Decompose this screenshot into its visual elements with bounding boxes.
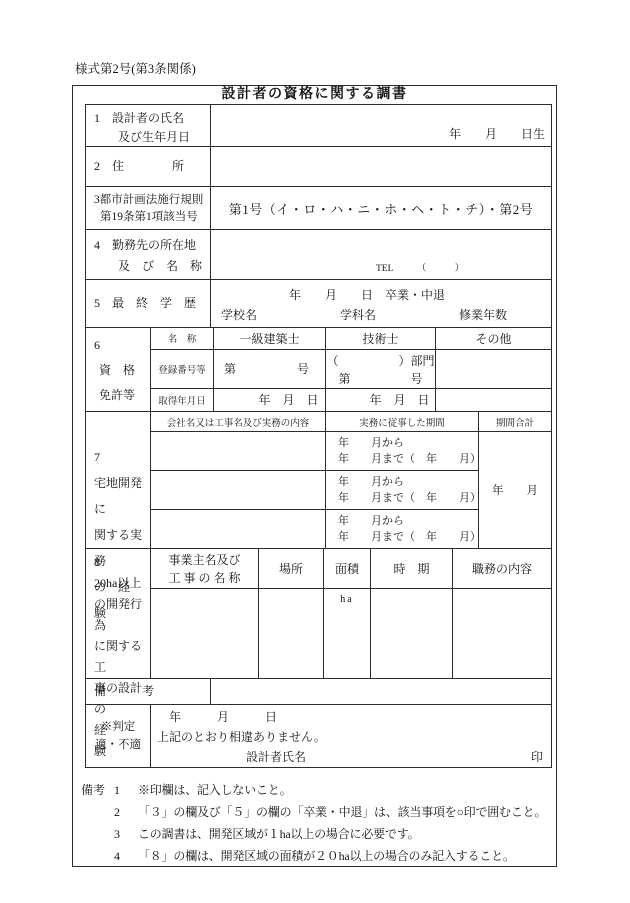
- registration-number-row: 登録番号等 第 号 （ ）部門 第 号: [151, 350, 551, 389]
- footnote-label: 備考: [81, 779, 114, 801]
- architect-date-template: 年 月 日: [214, 389, 326, 411]
- row4-label: 4 勤務先の所在地 及 び 名 称: [86, 230, 211, 279]
- company-field-3: [151, 510, 325, 548]
- footnote-text: 「８」の欄は、開発区域の面積が２０ha以上の場合のみ記入すること。: [138, 845, 553, 867]
- footnote-label-spacer: [81, 823, 114, 845]
- experience-period-row: 年 月から 年 月まで（ 年 月）: [326, 510, 478, 548]
- row1-label: 1 設計者の氏名 及び生年月日: [86, 105, 211, 146]
- row6-label-line1: 資 格: [94, 358, 150, 383]
- row7-label-line1: 宅地開発に: [94, 470, 150, 522]
- applicable-item-value: 第1号（イ・ロ・ハ・ニ・ホ・ヘ・ト・チ）・第2号: [211, 187, 551, 229]
- footnote-number: 3: [114, 823, 138, 845]
- tel-template: TEL （ ）: [376, 260, 464, 274]
- reg-prefix: 第: [224, 360, 236, 377]
- sub-label-registration: 登録番号等: [151, 350, 214, 388]
- acquisition-date-row: 取得年月日 年 月 日 年 月 日: [151, 389, 551, 411]
- form-number: 様式第2号(第3条関係): [75, 59, 196, 77]
- sub-label-name: 名 称: [151, 328, 214, 349]
- col-other: その他: [436, 328, 551, 349]
- row4-label-line2: 及 び 名 称: [94, 256, 210, 277]
- row-judgment: ※判定 適・不適 年 月 日 上記のとおり相違ありません。 設計者氏名 印: [86, 705, 551, 767]
- row-applicable-item: 3都市計画法施行規則 第19条第1項該当号 第1号（イ・ロ・ハ・ニ・ホ・ヘ・ト・…: [86, 187, 551, 230]
- hectare-unit: ha: [340, 594, 353, 605]
- footnote-number: 4: [114, 845, 138, 867]
- row6-number: 6: [94, 333, 150, 358]
- footnote-text: ※印欄は、記入しないこと。: [138, 779, 553, 801]
- footnote-text: 「３」の欄及び「５」の欄の「卒業・中退」は、該当事項を○印で囲むこと。: [138, 801, 553, 823]
- header-owner-line1: 事業主名及び: [168, 551, 240, 569]
- period-to-template: 年 月まで（ 年 月）: [338, 451, 478, 467]
- large-development-grid: 事業主名及び 工 事 の 名 称 場所 面積 時 期 職務の内容 ha: [151, 549, 551, 678]
- form-page: 様式第2号(第3条関係) 設計者の資格に関する調書 1 設計者の氏名 及び生年月…: [0, 0, 630, 903]
- declaration-date-template: 年 月 日: [151, 707, 551, 727]
- row-remarks: 備 考: [86, 679, 551, 705]
- designer-name-field: 年 月 日生: [211, 105, 551, 146]
- engineer-number-template: 第 号: [326, 370, 435, 388]
- row3-label: 3都市計画法施行規則 第19条第1項該当号: [86, 187, 211, 229]
- company-field-2: [151, 471, 325, 510]
- row3-label-line1: 3都市計画法施行規則: [94, 192, 210, 209]
- period-column: 年 月から 年 月まで（ 年 月） 年 月から 年 月まで（ 年 月） 年 月か…: [326, 432, 479, 548]
- school-name-label: 学校名: [221, 305, 257, 325]
- row-workplace: 4 勤務先の所在地 及 び 名 称 TEL （ ）: [86, 230, 551, 280]
- footnote-label-spacer: [81, 801, 114, 823]
- row-qualifications: 6 資 格 免許等 名 称 一級建築士 技術士 その他 登録番号等 第: [86, 328, 551, 412]
- education-field: 年 月 日 卒業・中退 学校名 学科名 修業年数: [211, 280, 551, 327]
- footnote-line: 4 「８」の欄は、開発区域の面積が２０ha以上の場合のみ記入すること。: [81, 845, 553, 867]
- period-from-template: 年 月から: [338, 474, 478, 490]
- company-field-1: [151, 432, 325, 471]
- header-duty-description: 職務の内容: [453, 549, 551, 588]
- header-area: 面積: [324, 549, 371, 588]
- row8-label-line1: 20ha以上: [94, 573, 150, 594]
- period-from-template: 年 月から: [338, 435, 478, 451]
- birth-date-template: 年 月 日生: [449, 125, 545, 142]
- designer-name-label: 設計者氏名: [246, 747, 306, 767]
- footnote-text: この調書は、開発区域が１ha以上の場合に必要です。: [138, 823, 553, 845]
- sub-label-acquisition-date: 取得年月日: [151, 389, 214, 411]
- row6-label-line2: 免許等: [94, 383, 150, 408]
- period-to-template: 年 月まで（ 年 月）: [338, 490, 478, 506]
- header-time-period: 時 期: [371, 549, 453, 588]
- row5-label: 5 最 終 学 歴: [86, 280, 211, 327]
- reg-suffix: 号: [297, 360, 309, 377]
- experience-grid: 会社名又は工事名及び実務の内容 実務に従事した期間 期間合計 年 月から: [151, 412, 551, 548]
- place-field: [259, 589, 324, 678]
- row-large-development-experience: 8 20ha以上 の開発行為 に関する工 事の設計の 経 験 事業主名及び 工 …: [86, 549, 551, 679]
- period-to-template: 年 月まで（ 年 月）: [338, 529, 478, 545]
- large-development-header-row: 事業主名及び 工 事 の 名 称 場所 面積 時 期 職務の内容: [151, 549, 551, 589]
- form-table: 1 設計者の氏名 及び生年月日 年 月 日生 2 住 所 3都市計画法施行規則 …: [85, 104, 552, 768]
- footnote-number: 1: [114, 779, 138, 801]
- row6-label: 6 資 格 免許等: [86, 328, 151, 411]
- row8-label-line2: の開発行為: [94, 594, 150, 636]
- remarks-field: [211, 679, 551, 704]
- graduation-date-template: 年 月 日 卒業・中退: [211, 285, 551, 305]
- other-date-field: [436, 389, 551, 411]
- header-company-name: 会社名又は工事名及び実務の内容: [151, 412, 326, 431]
- engineer-date-template: 年 月 日: [326, 389, 436, 411]
- department-label: 学科名: [340, 305, 376, 325]
- signature-line: 設計者氏名 印: [151, 747, 551, 767]
- header-engagement-period: 実務に従事した期間: [326, 412, 479, 431]
- period-from-template: 年 月から: [338, 513, 478, 529]
- form-frame: 設計者の資格に関する調書 1 設計者の氏名 及び生年月日 年 月 日生 2 住 …: [72, 85, 557, 867]
- row7-label: 7 宅地開発に 関する実務 の 経 験: [86, 412, 151, 548]
- footnote-line: 2 「３」の欄及び「５」の欄の「卒業・中退」は、該当事項を○印で囲むこと。: [81, 801, 553, 823]
- footnote-number: 2: [114, 801, 138, 823]
- period-total-field: 年 月: [479, 432, 551, 548]
- row7-number: 7: [94, 444, 150, 470]
- time-period-field: [371, 589, 453, 678]
- education-sublabels: 学校名 学科名 修業年数: [211, 305, 551, 325]
- remarks-label: 備 考: [86, 679, 211, 704]
- footnote-line: 3 この調書は、開発区域が１ha以上の場合に必要です。: [81, 823, 553, 845]
- row-education: 5 最 終 学 歴 年 月 日 卒業・中退 学校名 学科名 修業年数: [86, 280, 551, 328]
- col-professional-engineer: 技術士: [326, 328, 436, 349]
- architect-registration-field: 第 号: [214, 350, 326, 388]
- row8-number: 8: [94, 552, 150, 573]
- duty-description-field: [453, 589, 551, 678]
- footnotes: 備考 1 ※印欄は、記入しないこと。 2 「３」の欄及び「５」の欄の「卒業・中退…: [81, 779, 553, 867]
- declaration-statement: 上記のとおり相違ありません。: [151, 727, 551, 747]
- experience-body: 年 月から 年 月まで（ 年 月） 年 月から 年 月まで（ 年 月） 年 月か…: [151, 432, 551, 548]
- row1-label-line1: 1 設計者の氏名: [94, 109, 210, 128]
- seal-mark: 印: [531, 747, 543, 767]
- row-practical-experience: 7 宅地開発に 関する実務 の 経 験 会社名又は工事名及び実務の内容 実務に従…: [86, 412, 551, 549]
- company-column: [151, 432, 326, 548]
- header-period-total: 期間合計: [479, 412, 551, 431]
- col-first-class-architect: 一級建築士: [214, 328, 326, 349]
- row-address: 2 住 所: [86, 147, 551, 187]
- header-place: 場所: [259, 549, 324, 588]
- area-field: ha: [324, 589, 371, 678]
- large-development-body: ha: [151, 589, 551, 678]
- footnote-label-spacer: [81, 845, 114, 867]
- judgment-label-line1: ※判定: [101, 718, 136, 736]
- row3-label-line2: 第19条第1項該当号: [94, 209, 210, 226]
- row1-label-line2: 及び生年月日: [94, 128, 210, 147]
- judgment-label: ※判定 適・不適: [86, 705, 151, 767]
- qualification-name-row: 名 称 一級建築士 技術士 その他: [151, 328, 551, 350]
- row2-label: 2 住 所: [86, 147, 211, 186]
- row-designer-name: 1 設計者の氏名 及び生年月日 年 月 日生: [86, 105, 551, 147]
- experience-period-row: 年 月から 年 月まで（ 年 月）: [326, 432, 478, 471]
- judgment-label-line2: 適・不適: [95, 736, 141, 754]
- workplace-field: TEL （ ）: [211, 230, 551, 279]
- address-field: [211, 147, 551, 186]
- other-registration-field: [436, 350, 551, 388]
- engineer-registration-field: （ ）部門 第 号: [326, 350, 436, 388]
- project-owner-field: [151, 589, 259, 678]
- footnote-line: 備考 1 ※印欄は、記入しないこと。: [81, 779, 553, 801]
- header-owner-line2: 工 事 の 名 称: [168, 569, 240, 587]
- row8-label-line3: に関する工: [94, 636, 150, 678]
- experience-period-row: 年 月から 年 月まで（ 年 月）: [326, 471, 478, 510]
- qualifications-grid: 名 称 一級建築士 技術士 その他 登録番号等 第 号 （ ）部門: [151, 328, 551, 411]
- row8-label: 8 20ha以上 の開発行為 に関する工 事の設計の 経 験: [86, 549, 151, 678]
- experience-header-row: 会社名又は工事名及び実務の内容 実務に従事した期間 期間合計: [151, 412, 551, 432]
- row4-label-line1: 4 勤務先の所在地: [94, 235, 210, 256]
- engineer-division-template: （ ）部門: [326, 352, 435, 370]
- header-project-owner: 事業主名及び 工 事 の 名 称: [151, 549, 259, 588]
- declaration-area: 年 月 日 上記のとおり相違ありません。 設計者氏名 印: [151, 705, 551, 767]
- form-title: 設計者の資格に関する調書: [73, 86, 556, 104]
- study-years-label: 修業年数: [459, 305, 507, 325]
